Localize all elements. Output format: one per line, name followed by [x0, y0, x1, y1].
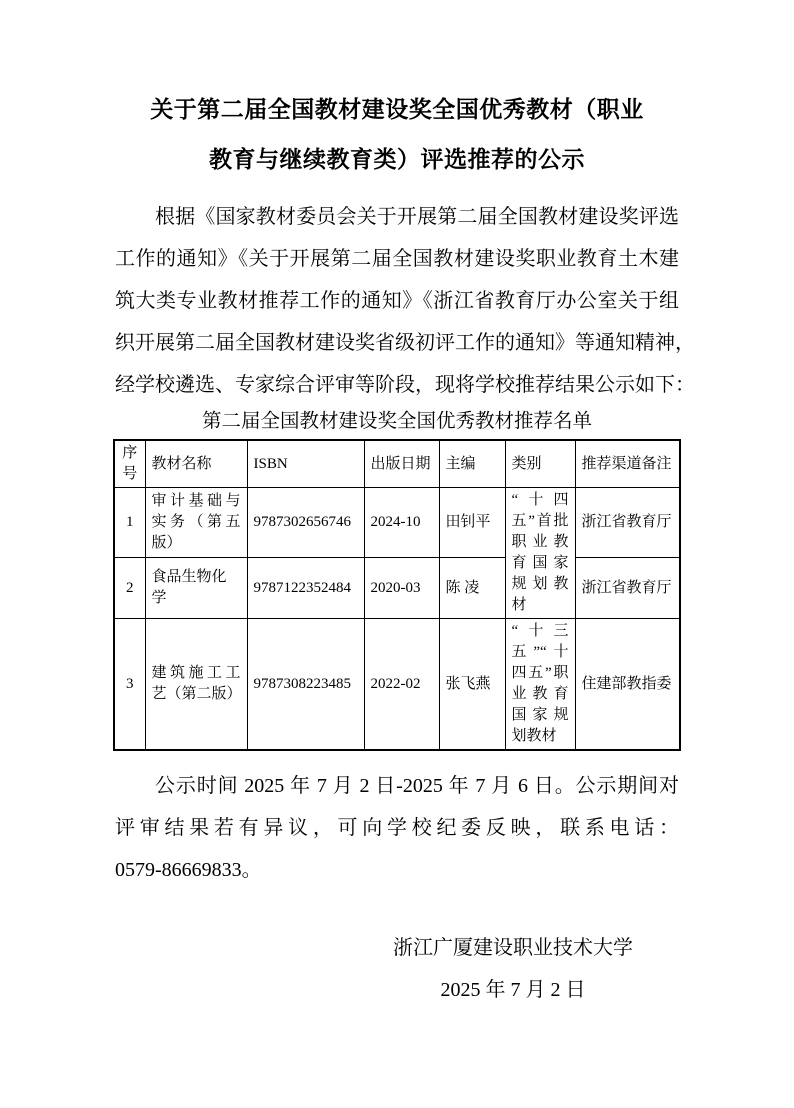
cell-pub-date: 2022-02: [364, 619, 439, 751]
header-cell-name: 教材名称: [145, 440, 247, 488]
cell-category-merged: “十四五”首批职业教育国家规划教材: [505, 488, 575, 619]
cell-name: 审计基础与实务（第五版）: [145, 488, 247, 558]
cell-isbn: 9787302656746: [247, 488, 364, 558]
table-row: 1 审计基础与实务（第五版） 9787302656746 2024-10 田钊平…: [114, 488, 680, 558]
closing-line: 公示时间 2025 年 7 月 2 日-2025 年 7 月 6 日。公示期间对: [115, 765, 679, 807]
cell-isbn: 9787308223485: [247, 619, 364, 751]
cell-channel: 住建部教指委: [575, 619, 680, 751]
closing-line: 0579-86669833。: [115, 849, 679, 891]
header-cell-pub-date: 出版日期: [364, 440, 439, 488]
intro-line: 筑大类专业教材推荐工作的通知》《浙江省教育厅办公室关于组: [115, 280, 679, 322]
document-page: 关于第二届全国教材建设奖全国优秀教材（职业 教育与继续教育类）评选推荐的公示 根…: [0, 0, 794, 1108]
intro-line: 根据《国家教材委员会关于开展第二届全国教材建设奖评选: [115, 196, 679, 238]
table-caption: 第二届全国教材建设奖全国优秀教材推荐名单: [115, 408, 679, 436]
intro-line: 经学校遴选、专家综合评审等阶段，现将学校推荐结果公示如下：: [115, 364, 679, 406]
cell-channel: 浙江省教育厅: [575, 488, 680, 558]
cell-no: 3: [114, 619, 145, 751]
intro-paragraph: 根据《国家教材委员会关于开展第二届全国教材建设奖评选 工作的通知》《关于开展第二…: [115, 196, 679, 406]
cell-pub-date: 2020-03: [364, 558, 439, 619]
cell-name: 食品生物化学: [145, 558, 247, 619]
signature-block: 浙江广厦建设职业技术大学 2025 年 7 月 2 日: [231, 927, 794, 1011]
cell-no: 1: [114, 488, 145, 558]
header-cell-no: 序号: [114, 440, 145, 488]
cell-pub-date: 2024-10: [364, 488, 439, 558]
table-row: 3 建筑施工工艺（第二版） 9787308223485 2022-02 张飞燕 …: [114, 619, 680, 751]
recommendation-table: 序号 教材名称 ISBN 出版日期 主编 类别 推荐渠道备注 1 审计基础与实务…: [113, 439, 681, 751]
closing-line: 评审结果若有异议，可向学校纪委反映，联系电话：: [115, 807, 679, 849]
header-cell-category: 类别: [505, 440, 575, 488]
cell-editor: 田钊平: [439, 488, 505, 558]
cell-category: “十三五”“十四五”职业教育国家规划教材: [505, 619, 575, 751]
header-cell-isbn: ISBN: [247, 440, 364, 488]
cell-isbn: 9787122352484: [247, 558, 364, 619]
cell-editor: 张飞燕: [439, 619, 505, 751]
table-row: 2 食品生物化学 9787122352484 2020-03 陈 凌 浙江省教育…: [114, 558, 680, 619]
cell-name: 建筑施工工艺（第二版）: [145, 619, 247, 751]
cell-editor: 陈 凌: [439, 558, 505, 619]
intro-line: 工作的通知》《关于开展第二届全国教材建设奖职业教育土木建: [115, 238, 679, 280]
cell-no: 2: [114, 558, 145, 619]
document-title-line-1: 关于第二届全国教材建设奖全国优秀教材（职业: [115, 84, 679, 134]
document-title-line-2: 教育与继续教育类）评选推荐的公示: [115, 134, 679, 184]
document-title: 关于第二届全国教材建设奖全国优秀教材（职业 教育与继续教育类）评选推荐的公示: [115, 84, 679, 184]
closing-paragraph: 公示时间 2025 年 7 月 2 日-2025 年 7 月 6 日。公示期间对…: [115, 765, 679, 891]
signature-date: 2025 年 7 月 2 日: [231, 969, 794, 1011]
header-cell-channel: 推荐渠道备注: [575, 440, 680, 488]
table-header-row: 序号 教材名称 ISBN 出版日期 主编 类别 推荐渠道备注: [114, 440, 680, 488]
header-cell-editor: 主编: [439, 440, 505, 488]
cell-channel: 浙江省教育厅: [575, 558, 680, 619]
intro-line: 织开展第二届全国教材建设奖省级初评工作的通知》等通知精神，: [115, 322, 679, 364]
signature-org: 浙江广厦建设职业技术大学: [231, 927, 794, 969]
